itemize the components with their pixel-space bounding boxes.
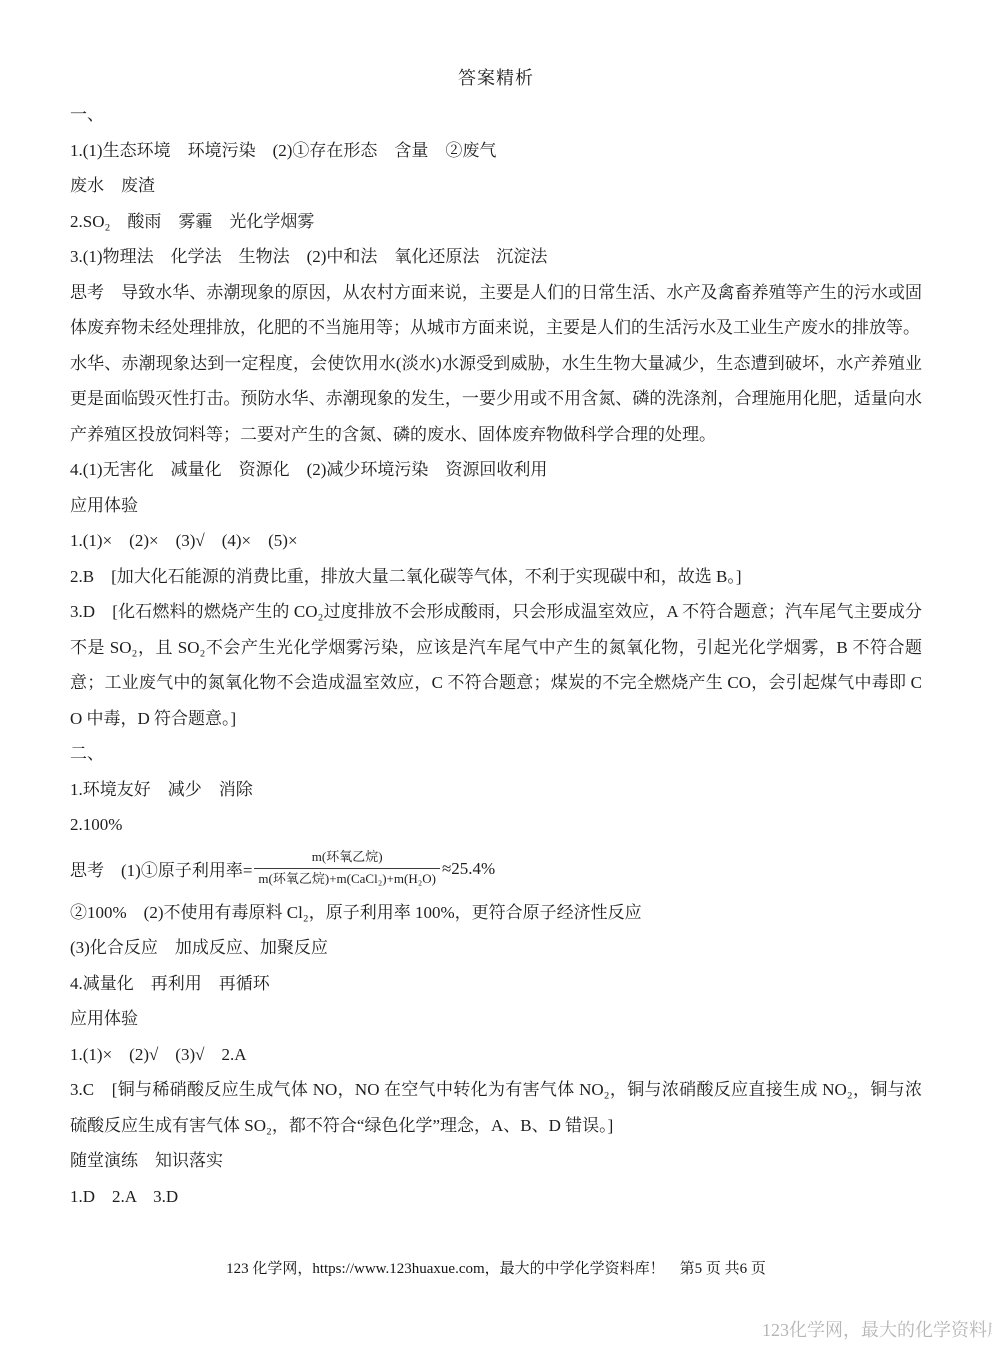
section-1-marker: 一、 [70,97,922,133]
atom-utilization-formula: 思考 (1)①原子利用率= m(环氧乙烷) m(环氧乙烷)+m(CaCl₂)+m… [70,843,922,895]
thinking-paragraph-2: 水华、赤潮现象达到一定程度，会使饮用水(淡水)水源受到威胁，水生生物大量减少，生… [70,346,922,453]
fraction-numerator: m(环氧乙烷) [254,848,440,869]
choice-answer-3C: 3.C [铜与稀硝酸反应生成气体 NO，NO 在空气中转化为有害气体 NO₂，铜… [70,1072,922,1143]
answer-line-s2-5: 4.减量化 再利用 再循环 [70,966,922,1002]
true-false-answers-2: 1.(1)× (2)√ (3)√ 2.A [70,1037,922,1073]
classroom-practice-answers: 1.D 2.A 3.D [70,1179,922,1215]
subheading-classroom-practice: 随堂演练 知识落实 [70,1143,922,1179]
thinking-paragraph-1: 思考 导致水华、赤潮现象的原因，从农村方面来说，主要是人们的日常生活、水产及禽畜… [70,275,922,346]
subheading-application-2: 应用体验 [70,1001,922,1037]
answer-line-s2-1: 1.环境友好 减少 消除 [70,772,922,808]
choice-answer-3D: 3.D [化石燃料的燃烧产生的 CO₂过度排放不会形成酸雨，只会形成温室效应，A… [70,594,922,736]
document-content: 答案精析 一、 1.(1)生态环境 环境污染 (2)①存在形态 含量 ②废气 废… [0,0,992,1214]
answer-line-s2-2: 2.100% [70,807,922,843]
fraction-denominator: m(环氧乙烷)+m(CaCl₂)+m(H₂O) [254,869,440,889]
true-false-answers-1: 1.(1)× (2)× (3)√ (4)× (5)× [70,523,922,559]
page-footer: 123 化学网，https://www.123huaxue.com，最大的中学化… [0,1259,992,1279]
answer-line-2: 2.SO₂ 酸雨 雾霾 光化学烟雾 [70,204,922,240]
answer-line-1b: 废水 废渣 [70,168,922,204]
page-title: 答案精析 [70,60,922,97]
answer-line-4: 4.(1)无害化 减量化 资源化 (2)减少环境污染 资源回收利用 [70,452,922,488]
choice-answer-2B: 2.B [加大化石能源的消费比重，排放大量二氧化碳等气体，不利于实现碳中和，故选… [70,559,922,595]
answer-line-s2-4: (3)化合反应 加成反应、加聚反应 [70,930,922,966]
document-page: 答案精析 一、 1.(1)生态环境 环境污染 (2)①存在形态 含量 ②废气 废… [0,0,992,1347]
subheading-application-1: 应用体验 [70,488,922,524]
watermark: 123化学网，最大的化学资料库 [762,1316,992,1342]
formula-result: ≈25.4% [442,859,495,879]
answer-line-3: 3.(1)物理法 化学法 生物法 (2)中和法 氧化还原法 沉淀法 [70,239,922,275]
answer-line-1: 1.(1)生态环境 环境污染 (2)①存在形态 含量 ②废气 [70,133,922,169]
answer-line-s2-3: ②100% (2)不使用有毒原料 Cl₂，原子利用率 100%，更符合原子经济性… [70,895,922,931]
section-2-marker: 二、 [70,736,922,772]
formula-prefix: 思考 (1)①原子利用率= [70,856,252,881]
fraction: m(环氧乙烷) m(环氧乙烷)+m(CaCl₂)+m(H₂O) [254,848,440,889]
